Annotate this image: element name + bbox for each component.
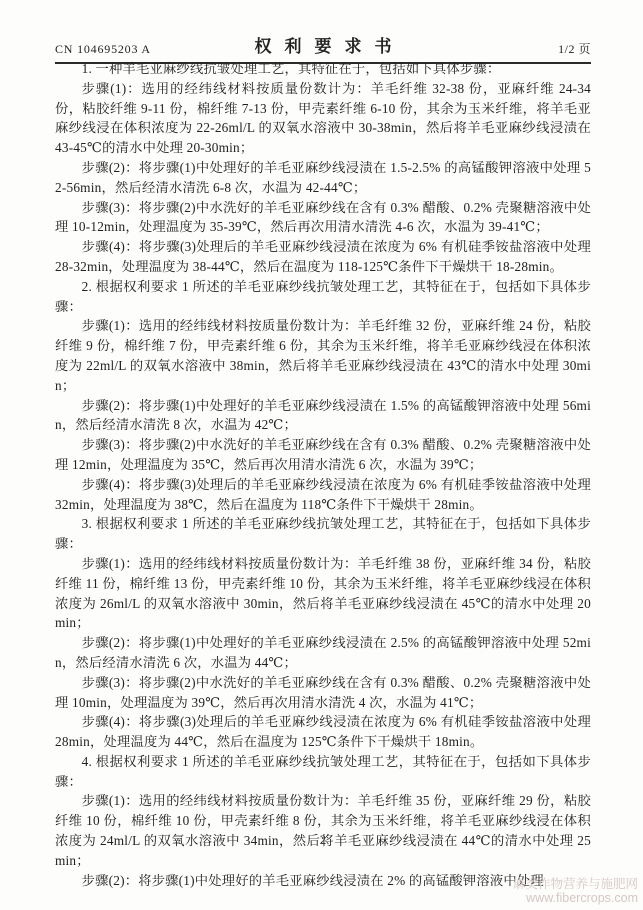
claim-paragraph: 2. 根据权利要求 1 所述的羊毛亚麻纱线抗皱处理工艺，其特征在于，包括如下具体… — [55, 277, 591, 317]
claim-paragraph: 步骤(3)：将步骤(2)中水洗好的羊毛亚麻纱线在含有 0.3% 醋酸、0.2% … — [55, 198, 591, 238]
claim-paragraph: 1. 一种羊毛亚麻纱线抗皱处理工艺，其特征在于，包括如下具体步骤： — [55, 59, 591, 79]
claim-paragraph: 步骤(1)：选用的经纬线材料按质量份数计为：羊毛纤维 32 份，亚麻纤维 24 … — [55, 316, 591, 395]
page-title: 权利要求书 — [242, 32, 405, 57]
claim-paragraph: 步骤(1)：选用的经纬线材料按质量份数计为：羊毛纤维 38 份，亚麻纤维 34 … — [55, 554, 591, 633]
claim-paragraph: 步骤(1)：选用的经纬线材料按质量份数计为：羊毛纤维 32-38 份，亚麻纤维 … — [55, 79, 591, 158]
claim-paragraph: 步骤(3)：将步骤(2)中水洗好的羊毛亚麻纱线在含有 0.3% 醋酸、0.2% … — [55, 435, 591, 475]
watermark-site-name: 麻类作物营养与施肥网 — [513, 878, 638, 892]
claim-paragraph: 步骤(3)：将步骤(2)中水洗好的羊毛亚麻纱线在含有 0.3% 醋酸、0.2% … — [55, 673, 591, 713]
claim-paragraph: 3. 根据权利要求 1 所述的羊毛亚麻纱线抗皱处理工艺，其特征在于，包括如下具体… — [55, 514, 591, 554]
claim-paragraph: 步骤(4)：将步骤(3)处理后的羊毛亚麻纱线浸渍在浓度为 6% 有机硅季铵盐溶液… — [55, 712, 591, 752]
page-indicator: 1/2 页 — [405, 40, 592, 57]
claim-paragraph: 步骤(2)：将步骤(1)中处理好的羊毛亚麻纱线浸渍在 2.5% 的高锰酸钾溶液中… — [55, 633, 591, 673]
patent-claims-page: CN 104695203 A 权利要求书 1/2 页 1. 一种羊毛亚麻纱线抗皱… — [0, 0, 643, 910]
claims-section: 1. 一种羊毛亚麻纱线抗皱处理工艺，其特征在于，包括如下具体步骤： 步骤(1)：… — [55, 59, 591, 890]
claim-paragraph: 步骤(4)：将步骤(3)处理后的羊毛亚麻纱线浸渍在浓度为 6% 有机硅季铵盐溶液… — [55, 475, 591, 515]
page-number: 2 — [55, 832, 591, 848]
claim-paragraph: 步骤(2)：将步骤(1)中处理好的羊毛亚麻纱线浸渍在 2% 的高锰酸钾溶液中处理 — [55, 871, 591, 891]
claim-paragraph: 步骤(4)：将步骤(3)处理后的羊毛亚麻纱线浸渍在浓度为 6% 有机硅季铵盐溶液… — [55, 237, 591, 277]
document-number: CN 104695203 A — [55, 42, 242, 57]
claim-paragraph: 4. 根据权利要求 1 所述的羊毛亚麻纱线抗皱处理工艺，其特征在于，包括如下具体… — [55, 752, 591, 792]
watermark-site-url: www.fibercrops.com — [513, 892, 638, 906]
claim-paragraph: 步骤(2)：将步骤(1)中处理好的羊毛亚麻纱线浸渍在 1.5% 的高锰酸钾溶液中… — [55, 396, 591, 436]
watermark: 麻类作物营养与施肥网 www.fibercrops.com — [513, 878, 638, 905]
claim-paragraph: 步骤(2)：将步骤(1)中处理好的羊毛亚麻纱线浸渍在 1.5-2.5% 的高锰酸… — [55, 158, 591, 198]
